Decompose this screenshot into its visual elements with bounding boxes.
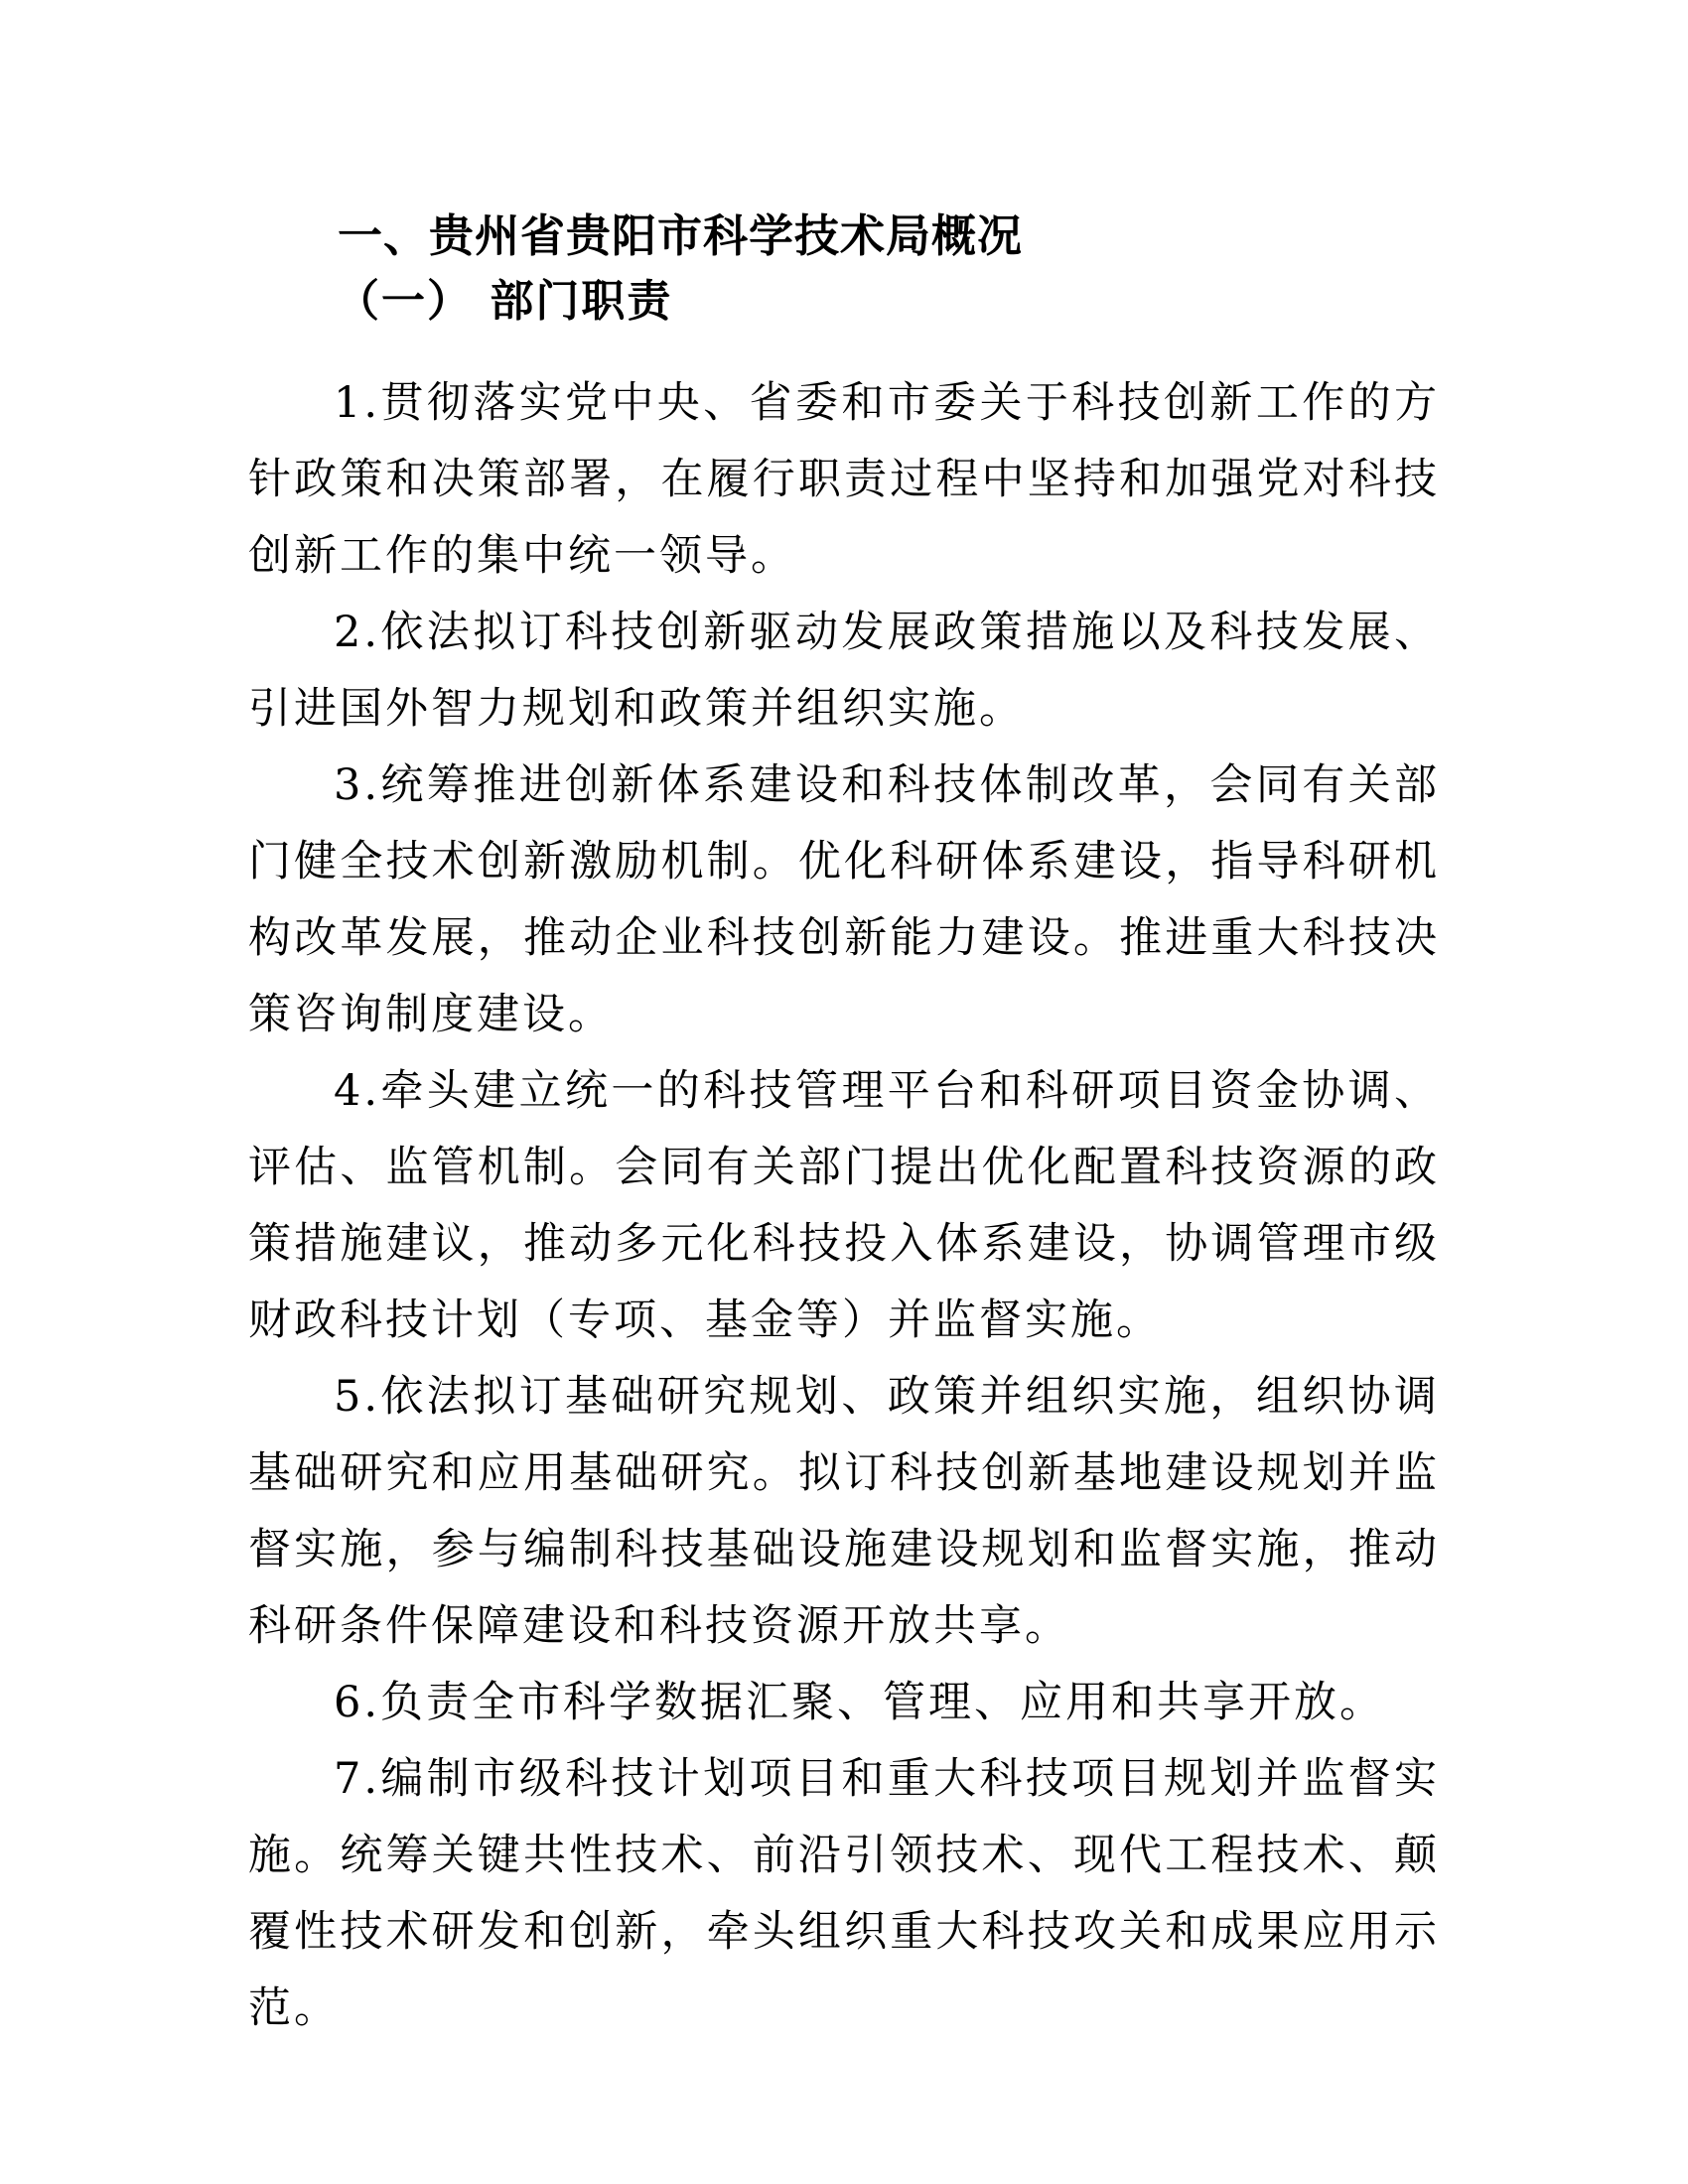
section-heading: （一） 部门职责 [248, 269, 1440, 335]
paragraph-6: 6.负责全市科学数据汇聚、管理、应用和共享开放。 [248, 1665, 1440, 1741]
document-page: 一、贵州省贵阳市科学技术局概况 （一） 部门职责 1.贯彻落实党中央、省委和市委… [0, 0, 1688, 2184]
paragraph-7: 7.编制市级科技计划项目和重大科技项目规划并监督实施。统筹关键共性技术、前沿引领… [248, 1741, 1440, 2047]
paragraph-3: 3.统筹推进创新体系建设和科技体制改革，会同有关部门健全技术创新激励机制。优化科… [248, 748, 1440, 1053]
document-body: 1.贯彻落实党中央、省委和市委关于科技创新工作的方针政策和决策部署，在履行职责过… [248, 365, 1440, 2047]
paragraph-4: 4.牵头建立统一的科技管理平台和科研项目资金协调、评估、监管机制。会同有关部门提… [248, 1053, 1440, 1359]
paragraph-2: 2.依法拟订科技创新驱动发展政策措施以及科技发展、引进国外智力规划和政策并组织实… [248, 595, 1440, 748]
document-title: 一、贵州省贵阳市科学技术局概况 [248, 204, 1440, 269]
paragraph-5: 5.依法拟订基础研究规划、政策并组织实施，组织协调基础研究和应用基础研究。拟订科… [248, 1359, 1440, 1665]
paragraph-1: 1.贯彻落实党中央、省委和市委关于科技创新工作的方针政策和决策部署，在履行职责过… [248, 365, 1440, 595]
